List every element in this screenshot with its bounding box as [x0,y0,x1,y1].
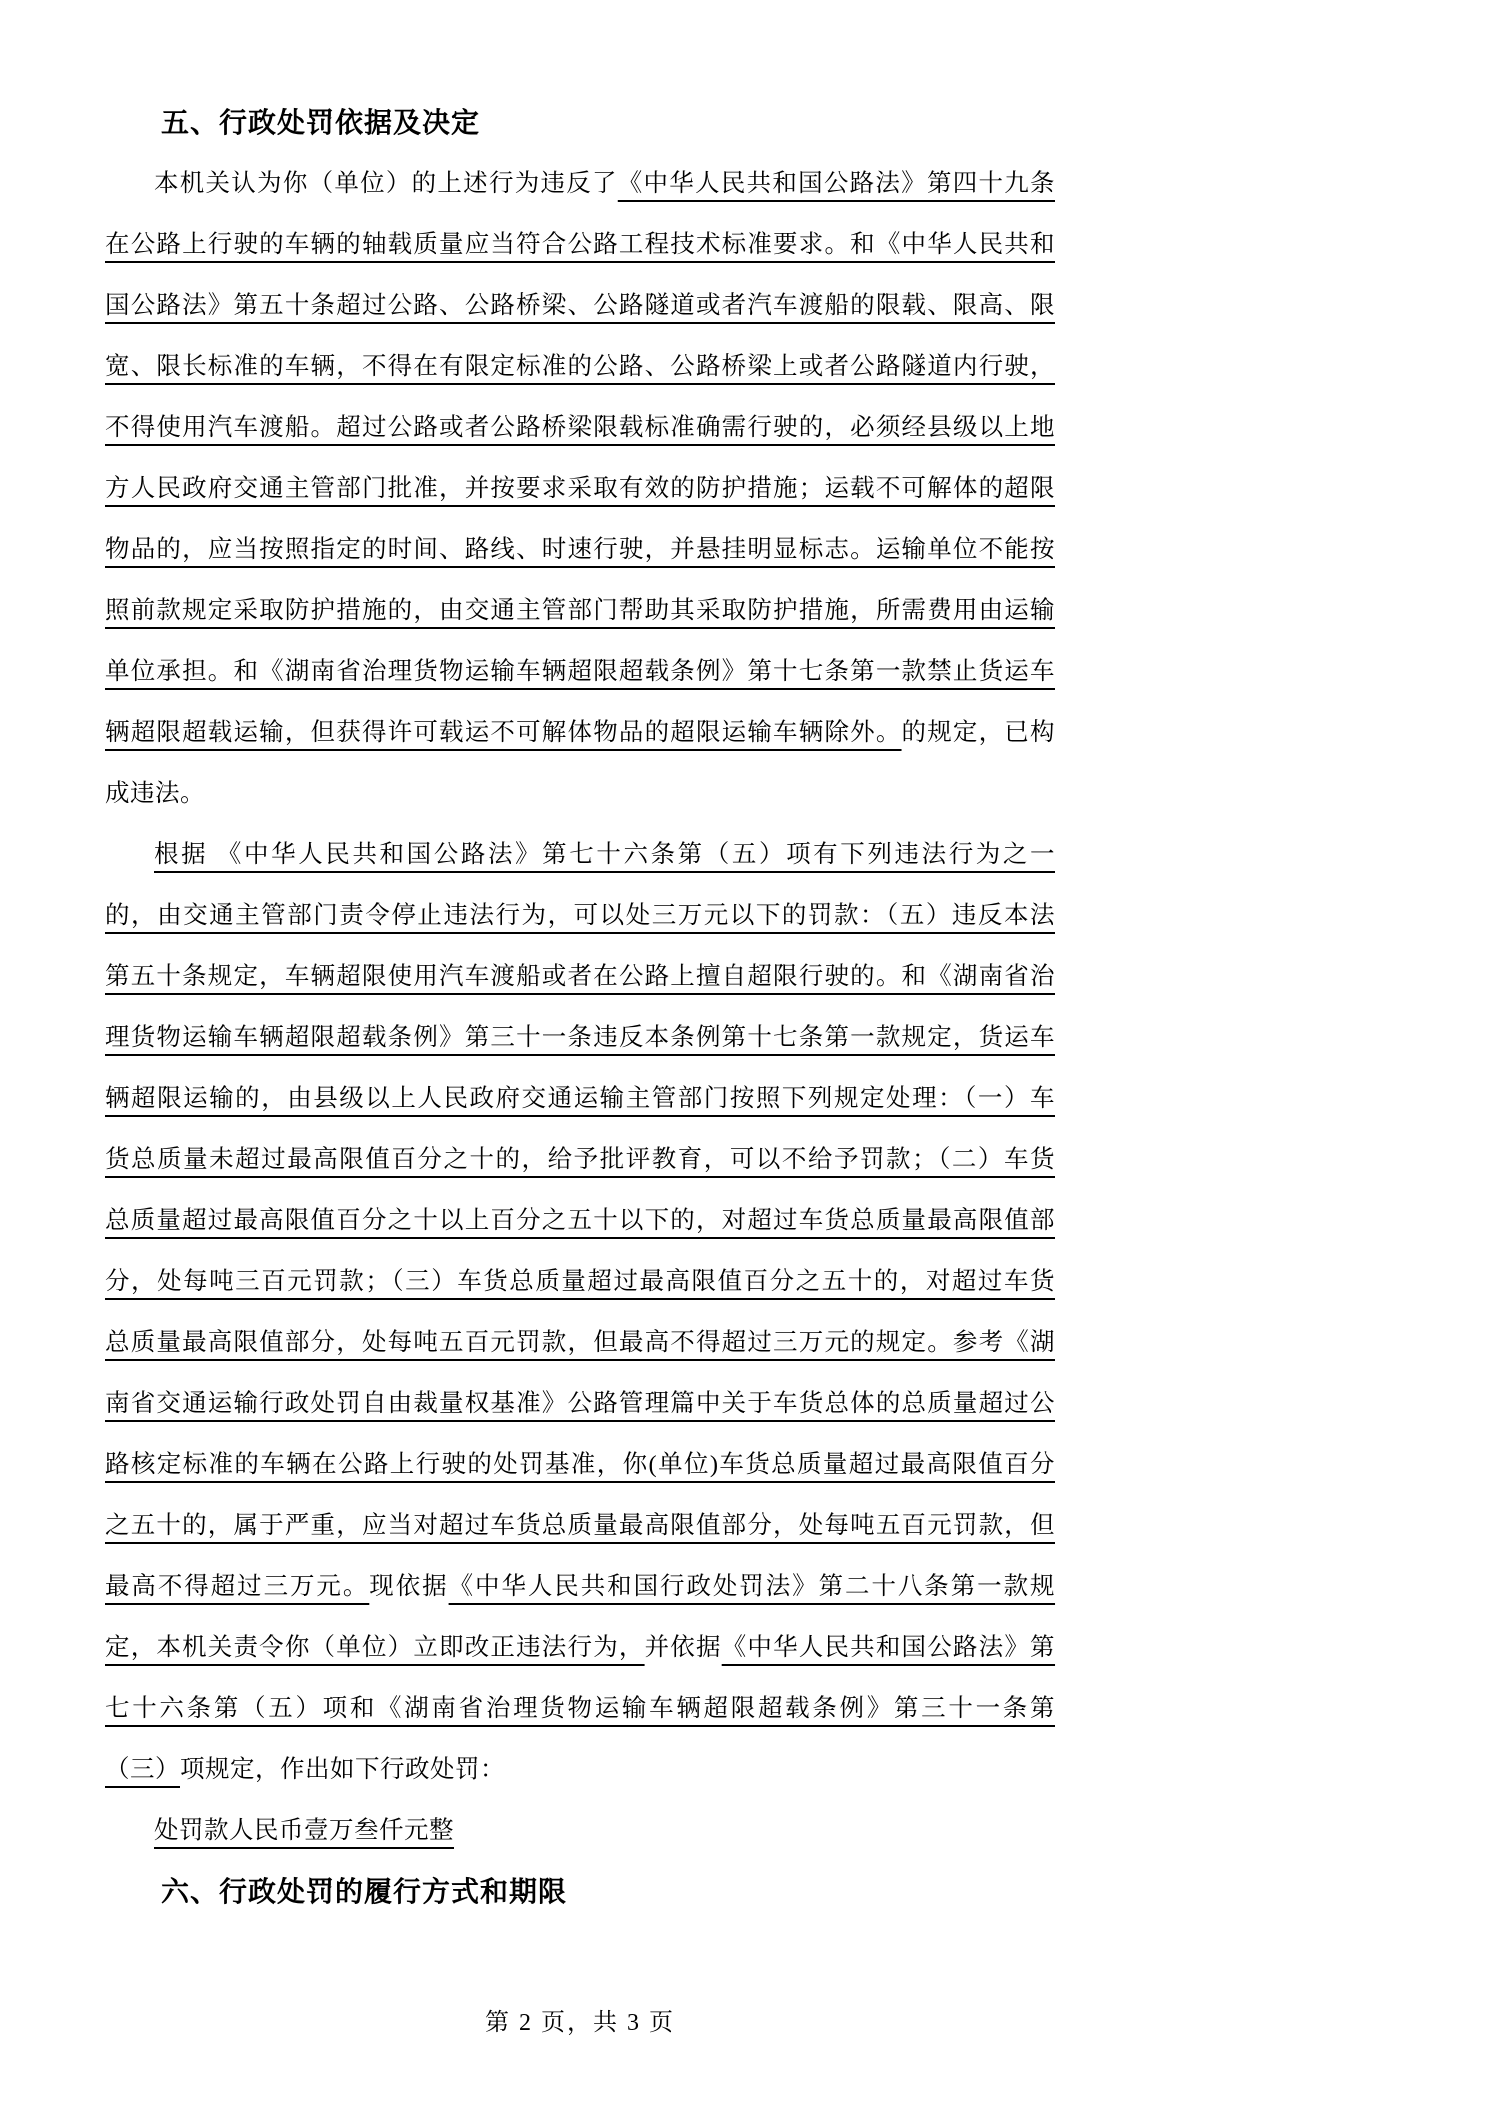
page-number-footer: 第 2 页，共 3 页 [105,2008,1055,2038]
underlined-text-segment: 不得使用汽车渡船。超过公路或者公路桥梁限载标准确需行驶的，必须经县级以上地 [105,414,1055,441]
underlined-text-segment: 方人民政府交通主管部门批准，并按要求采取有效的防护措施；运载不可解体的超限 [105,475,1055,502]
underlined-text-segment: 总质量超过最高限值百分之十以上百分之五十以下的，对超过车货总质量最高限值部 [105,1207,1055,1234]
underlined-text-segment: 根据 《中华人民共和国公路法》第七十六条第（五）项有下列违法行为之一 [154,841,1055,868]
text-segment: 并依据 [645,1634,722,1661]
underlined-text-segment: 《中华人民共和国行政处罚法》第二十八条第一款规 [449,1573,1055,1600]
underlined-text-segment: 辆超限超载运输，但获得许可载运不可解体物品的超限运输车辆除外。 [105,719,902,746]
underlined-text-segment: 物品的，应当按照指定的时间、路线、时速行驶，并悬挂明显标志。运输单位不能按 [105,536,1055,563]
text-line: （三）项规定，作出如下行政处罚： [105,1739,1055,1800]
text-line: 根据 《中华人民共和国公路法》第七十六条第（五）项有下列违法行为之一 [105,824,1055,885]
underlined-text-segment: 路核定标准的车辆在公路上行驶的处罚基准，你(单位)车货总质量超过最高限值百分 [105,1451,1055,1478]
text-line: 理货物运输车辆超限超载条例》第三十一条违反本条例第十七条第一款规定，货运车 [105,1007,1055,1068]
text-line: 不得使用汽车渡船。超过公路或者公路桥梁限载标准确需行驶的，必须经县级以上地 [105,397,1055,458]
text-line: 定，本机关责令你（单位）立即改正违法行为，并依据《中华人民共和国公路法》第 [105,1617,1055,1678]
underlined-text-segment: 七十六条第（五）项和《湖南省治理货物运输车辆超限超载条例》第三十一条第 [105,1695,1055,1722]
text-line: 单位承担。和《湖南省治理货物运输车辆超限超载条例》第十七条第一款禁止货运车 [105,641,1055,702]
text-line: 辆超限超载运输，但获得许可载运不可解体物品的超限运输车辆除外。的规定，已构 [105,702,1055,763]
text-segment: 项规定，作出如下行政处罚： [180,1756,505,1783]
underlined-text-segment: 国公路法》第五十条超过公路、公路桥梁、公路隧道或者汽车渡船的限载、限高、限 [105,292,1055,319]
text-line: 最高不得超过三万元。现依据《中华人民共和国行政处罚法》第二十八条第一款规 [105,1556,1055,1617]
text-line: 方人民政府交通主管部门批准，并按要求采取有效的防护措施；运载不可解体的超限 [105,458,1055,519]
text-line: 的，由交通主管部门责令停止违法行为，可以处三万元以下的罚款：（五）违反本法 [105,885,1055,946]
text-line: 照前款规定采取防护措施的，由交通主管部门帮助其采取防护措施，所需费用由运输 [105,580,1055,641]
text-line: 在公路上行驶的车辆的轴载质量应当符合公路工程技术标准要求。和《中华人民共和 [105,214,1055,275]
text-line: 成违法。 [105,763,1055,824]
penalty-amount-line: 处罚款人民币壹万叁仟元整 [105,1800,1055,1861]
text-line: 总质量最高限值部分，处每吨五百元罚款，但最高不得超过三万元的规定。参考《湖 [105,1312,1055,1373]
text-line: 宽、限长标准的车辆，不得在有限定标准的公路、公路桥梁上或者公路隧道内行驶， [105,336,1055,397]
underlined-text-segment: 宽、限长标准的车辆，不得在有限定标准的公路、公路桥梁上或者公路隧道内行驶， [105,353,1055,380]
document-content: 五、行政处罚依据及决定 本机关认为你（单位）的上述行为违反了《中华人民共和国公路… [105,92,1055,1922]
underlined-text-segment: 《中华人民共和国公路法》第四十九条 [618,170,1055,197]
document-page: 五、行政处罚依据及决定 本机关认为你（单位）的上述行为违反了《中华人民共和国公路… [0,0,1488,2104]
underlined-text-segment: 的，由交通主管部门责令停止违法行为，可以处三万元以下的罚款：（五）违反本法 [105,902,1055,929]
text-segment: 成违法。 [105,780,205,807]
underlined-text-segment: 在公路上行驶的车辆的轴载质量应当符合公路工程技术标准要求。和《中华人民共和 [105,231,1055,258]
text-line: 货总质量未超过最高限值百分之十的，给予批评教育，可以不给予罚款；（二）车货 [105,1129,1055,1190]
underlined-text-segment: 单位承担。和《湖南省治理货物运输车辆超限超载条例》第十七条第一款禁止货运车 [105,658,1055,685]
underlined-text-segment: 理货物运输车辆超限超载条例》第三十一条违反本条例第十七条第一款规定，货运车 [105,1024,1055,1051]
paragraph-penalty-decision: 根据 《中华人民共和国公路法》第七十六条第（五）项有下列违法行为之一的，由交通主… [105,824,1055,1800]
underlined-text-segment: 《中华人民共和国公路法》第 [722,1634,1055,1661]
underlined-text-segment: 总质量最高限值部分，处每吨五百元罚款，但最高不得超过三万元的规定。参考《湖 [105,1329,1055,1356]
underlined-text-segment: 货总质量未超过最高限值百分之十的，给予批评教育，可以不给予罚款；（二）车货 [105,1146,1055,1173]
section-5-heading: 五、行政处罚依据及决定 [105,92,1055,153]
underlined-text-segment: 照前款规定采取防护措施的，由交通主管部门帮助其采取防护措施，所需费用由运输 [105,597,1055,624]
underlined-text-segment: 处罚款人民币壹万叁仟元整 [154,1817,454,1844]
underlined-text-segment: 之五十的，属于严重，应当对超过车货总质量最高限值部分，处每吨五百元罚款，但 [105,1512,1055,1539]
text-line: 路核定标准的车辆在公路上行驶的处罚基准，你(单位)车货总质量超过最高限值百分 [105,1434,1055,1495]
text-line: 物品的，应当按照指定的时间、路线、时速行驶，并悬挂明显标志。运输单位不能按 [105,519,1055,580]
underlined-text-segment: 第五十条规定，车辆超限使用汽车渡船或者在公路上擅自超限行驶的。和《湖南省治 [105,963,1055,990]
text-segment: 的规定，已构 [902,719,1055,746]
underlined-text-segment: 分，处每吨三百元罚款；（三）车货总质量超过最高限值百分之五十的，对超过车货 [105,1268,1055,1295]
text-line: 分，处每吨三百元罚款；（三）车货总质量超过最高限值百分之五十的，对超过车货 [105,1251,1055,1312]
underlined-text-segment: 南省交通运输行政处罚自由裁量权基准》公路管理篇中关于车货总体的总质量超过公 [105,1390,1055,1417]
text-segment: 现依据 [369,1573,448,1600]
paragraph-legal-basis: 本机关认为你（单位）的上述行为违反了《中华人民共和国公路法》第四十九条在公路上行… [105,153,1055,824]
text-line: 本机关认为你（单位）的上述行为违反了《中华人民共和国公路法》第四十九条 [105,153,1055,214]
text-line: 总质量超过最高限值百分之十以上百分之五十以下的，对超过车货总质量最高限值部 [105,1190,1055,1251]
underlined-text-segment: 辆超限运输的，由县级以上人民政府交通运输主管部门按照下列规定处理：（一）车 [105,1085,1055,1112]
text-line: 南省交通运输行政处罚自由裁量权基准》公路管理篇中关于车货总体的总质量超过公 [105,1373,1055,1434]
text-segment: 本机关认为你（单位）的上述行为违反了 [154,170,618,197]
underlined-text-segment: （三） [105,1756,180,1783]
text-line: 之五十的，属于严重，应当对超过车货总质量最高限值部分，处每吨五百元罚款，但 [105,1495,1055,1556]
section-6-heading: 六、行政处罚的履行方式和期限 [105,1861,1055,1922]
underlined-text-segment: 最高不得超过三万元。 [105,1573,369,1600]
text-line: 七十六条第（五）项和《湖南省治理货物运输车辆超限超载条例》第三十一条第 [105,1678,1055,1739]
text-line: 国公路法》第五十条超过公路、公路桥梁、公路隧道或者汽车渡船的限载、限高、限 [105,275,1055,336]
text-line: 辆超限运输的，由县级以上人民政府交通运输主管部门按照下列规定处理：（一）车 [105,1068,1055,1129]
underlined-text-segment: 定，本机关责令你（单位）立即改正违法行为， [105,1634,645,1661]
text-line: 处罚款人民币壹万叁仟元整 [105,1800,1055,1861]
text-line: 第五十条规定，车辆超限使用汽车渡船或者在公路上擅自超限行驶的。和《湖南省治 [105,946,1055,1007]
